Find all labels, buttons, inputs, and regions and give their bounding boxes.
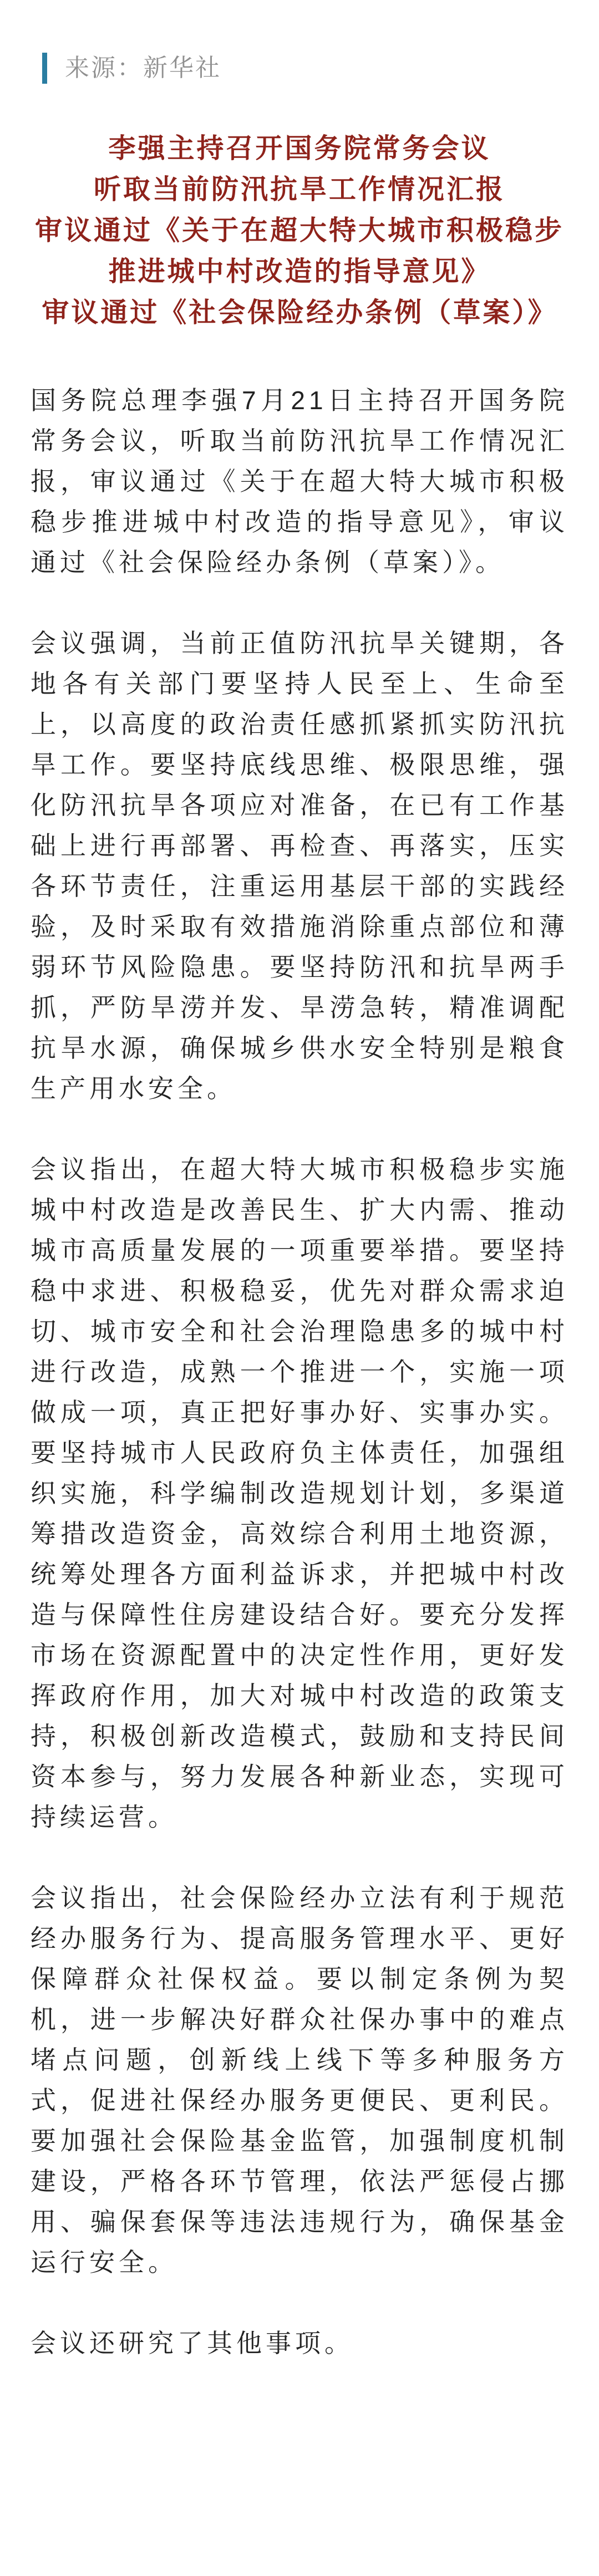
paragraph: 会议指出，社会保险经办立法有利于规范经办服务行为、提高服务管理水平、更好保障群众… — [31, 1878, 568, 2283]
article-page: 来源：新华社 李强主持召开国务院常务会议 听取当前防汛抗旱工作情况汇报 审议通过… — [0, 53, 599, 2576]
source-accent-bar — [42, 53, 47, 84]
article-body: 国务院总理李强7月21日主持召开国务院常务会议，听取当前防汛抗旱工作情况汇报，审… — [0, 380, 599, 2430]
paragraph: 会议指出，在超大特大城市积极稳步实施城中村改造是改善民生、扩大内需、推动城市高质… — [31, 1149, 568, 1837]
paragraph: 国务院总理李强7月21日主持召开国务院常务会议，听取当前防汛抗旱工作情况汇报，审… — [31, 380, 568, 583]
title-line: 审议通过《关于在超大特大城市积极稳步 — [0, 210, 599, 251]
title-line: 听取当前防汛抗旱工作情况汇报 — [0, 169, 599, 210]
title-line: 李强主持召开国务院常务会议 — [0, 128, 599, 169]
paragraph: 会议强调，当前正值防汛抗旱关键期，各地各有关部门要坚持人民至上、生命至上，以高度… — [31, 623, 568, 1109]
source-label: 来源：新华社 — [65, 53, 221, 84]
source-row: 来源：新华社 — [42, 53, 599, 84]
paragraph: 会议还研究了其他事项。 — [31, 2323, 568, 2364]
title-line: 审议通过《社会保险经办条例（草案）》 — [0, 292, 599, 333]
article-title: 李强主持召开国务院常务会议 听取当前防汛抗旱工作情况汇报 审议通过《关于在超大特… — [0, 128, 599, 333]
title-line: 推进城中村改造的指导意见》 — [0, 251, 599, 292]
